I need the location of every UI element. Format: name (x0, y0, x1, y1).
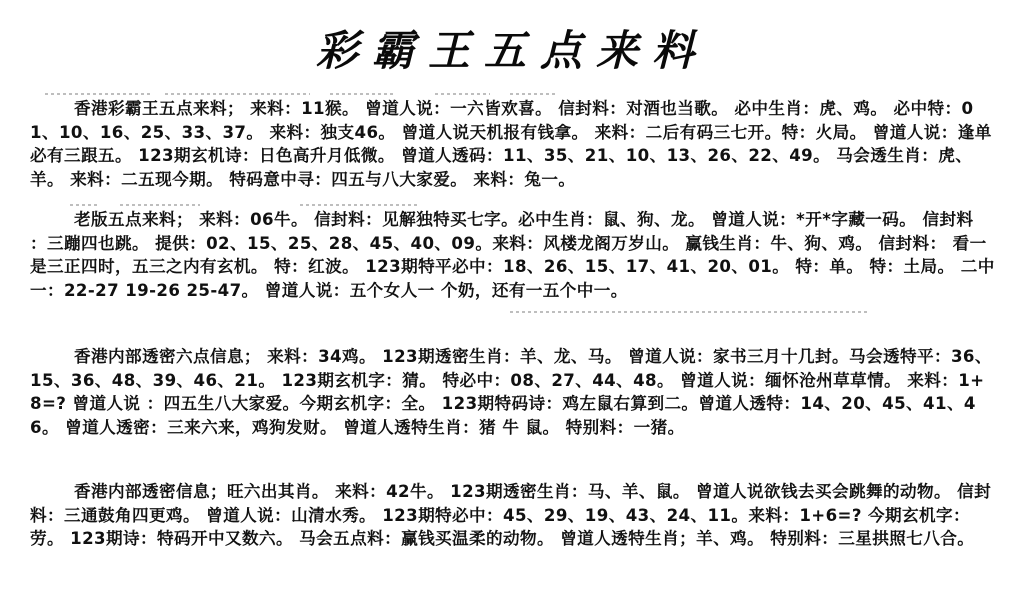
section-text: 老版五点来料； 来料：06牛。 信封料：见解独特买七字。必中生肖：鼠、狗、龙。 … (30, 208, 996, 302)
scan-artifact-line (435, 93, 490, 95)
page-title: 彩霸王五点来料 (0, 26, 1024, 76)
scan-artifact-line (330, 93, 395, 95)
section-hk-neibu-liudian: 香港内部透密六点信息； 来料：34鸡。 123期透密生肖：羊、龙、马。 曾道人说… (30, 345, 996, 439)
scan-artifact-line (70, 204, 100, 206)
scan-artifact-line (510, 93, 555, 95)
section-hk-caibawang: 香港彩霸王五点来料； 来料：11猴。 曾道人说：一六皆欢喜。 信封料：对酒也当歌… (30, 97, 996, 191)
section-text: 香港彩霸王五点来料； 来料：11猴。 曾道人说：一六皆欢喜。 信封料：对酒也当歌… (30, 97, 996, 191)
section-text: 香港内部透密信息；旺六出其肖。 来料：42牛。 123期透密生肖：马、羊、鼠。 … (30, 480, 996, 551)
scan-artifact-line (510, 311, 870, 313)
section-laoban-wudian: 老版五点来料； 来料：06牛。 信封料：见解独特买七字。必中生肖：鼠、狗、龙。 … (30, 208, 996, 302)
section-text: 香港内部透密六点信息； 来料：34鸡。 123期透密生肖：羊、龙、马。 曾道人说… (30, 345, 996, 439)
scan-artifact-line (300, 204, 420, 206)
scan-artifact-line (120, 204, 200, 206)
section-hk-neibu-xinxi: 香港内部透密信息；旺六出其肖。 来料：42牛。 123期透密生肖：马、羊、鼠。 … (30, 480, 996, 551)
scan-artifact-line (165, 93, 310, 95)
scan-artifact-line (45, 93, 150, 95)
